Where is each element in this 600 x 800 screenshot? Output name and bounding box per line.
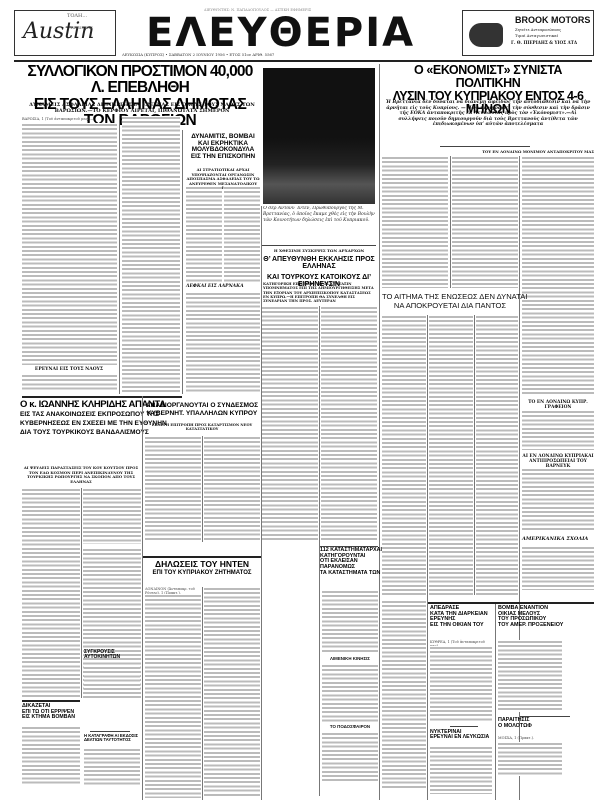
lead-dateline: ΒΑΡΩΣΙΑ, 1 (Τού ἀνταποκριτοῦ μας).—: [22, 117, 117, 121]
column-rule: [474, 315, 475, 595]
molotov-body: [498, 742, 562, 776]
eden-headline-line-2: ΕΠΙ ΤΟΥ ΚΥΠΡΙΑΚΟΥ ΖΗΤΗΜΑΤΟΣ: [144, 570, 260, 576]
newspaper-title: ΕΛΕΥΘΕΡΙΑ: [146, 12, 415, 54]
klirides-body-a: [22, 488, 80, 698]
demand-headline: ΤΟ ΑΙΤΗΜΑ ΤΗΣ ΕΝΩΣΕΩΣ ΔΕΝ ΔΥΝΑΤΑΙ ΝΑ ΑΠΟ…: [382, 292, 518, 310]
right-col-item-3: ΤΟ ΕΝ ΛΟΝΔΙΝΩ ΚΥΠΡ. ΓΡΑΦΕΙΟΝ: [522, 400, 594, 410]
austin-ad-line: ...REGISTRY: [67, 25, 92, 30]
column-rule: [81, 488, 82, 698]
side-short-heading: ΕΡΕΥΝΑΙ ΕΙΣ ΤΟΥΣ ΝΑΟΥΣ: [24, 367, 114, 372]
column-rule: [379, 64, 380, 800]
molotov-headline: ΠΑΡΑΙΤΗΣΙΣ Ο ΜΟΛΟΤΩΦ: [498, 718, 562, 729]
dynamite-body-a: [186, 186, 222, 282]
lead-headline-line-1: ΣΥΛΛΟΓΙΚΟΝ ΠΡΟΣΤΙΜΟΝ 40,000 Λ. ΕΠΕΒΛΗΘΗ: [20, 64, 260, 97]
economist-headline-line-1: Ο «ΕΚΟΝΟΜΙΣΤ» ΣΥΝΙΣΤΑ ΠΟΛΙΤΙΚΗΝ: [382, 64, 594, 90]
lead-subhead: ΔΥΝΑΜΕΙΣ ΑΣΦΑΛΕΙΑΣ ΔΙΕΝΗΡΓΗΣΑΝ ΕΡΕΥΝΑΣ Ε…: [24, 102, 260, 114]
section-rule: [22, 700, 80, 702]
column-rule: [427, 315, 428, 800]
collision-headline-line: ΑΥΤΟΚΙΝΗΤΩΝ: [84, 655, 140, 660]
right-col-item-1: ΑΙ ΕΝ ΛΟΝΔΙΝΩ ΚΥΠΡΙΑΚΑΙ ΑΝΤΙΠΡΟΣΩΠΕΙΑΙ Τ…: [522, 454, 594, 469]
civil-servants-subhead: ΕΚΛΕΓΗ ΕΠΙΤΡΟΠΗ ΠΡΟΣ ΚΑΤΑΡΤΙΣΜΟΝ ΝΕΟΥ ΚΑ…: [145, 423, 259, 432]
football-body: [322, 732, 378, 782]
brook-ad-line: Τιμαί Ανταγωνιστικαί: [515, 33, 558, 38]
night-search-body: [430, 746, 492, 794]
lead-body-col2: [122, 116, 180, 394]
brook-ad-line: Γ. Θ. ΠΙΕΡΙΔΗΣ & ΥΙΟΣ ΛΤΔ: [511, 40, 577, 45]
side-short-body: [22, 374, 117, 390]
dynamite-headline-line-2: ΜΟΛΥΒΔΟΚΟΝΔΥΛΑ ΕΙΣ ΤΗΝ ΕΠΙΣΚΟΠΗΝ: [186, 147, 260, 160]
right-col-body-3: [522, 410, 594, 450]
registration-headline-line: ΔΕΛΤΙΩΝ ΤΑΥΤΟΤΗΤΟΣ: [84, 738, 140, 742]
demand-headline-line-2: ΝΑ ΑΠΟΚΡΟΥΕΤΑΙ ΔΙΑ ΠΑΝΤΟΣ: [382, 301, 518, 310]
section-rule: [143, 556, 261, 558]
right-col-item-2: ΑΜΕΡΙΚΑΝΙΚΑ ΣΧΟΛΙΑ: [522, 536, 594, 542]
demand-body-c: [476, 315, 518, 595]
eden-headline-line-1: ΔΗΛΩΣΕΙΣ ΤΟΥ ΗΝΤΕΝ: [144, 560, 260, 569]
motor-icon: [469, 23, 503, 47]
section-rule: [22, 396, 182, 398]
column-rule: [202, 587, 203, 800]
civil-servants-body-b: [204, 436, 260, 542]
night-search-headline: ΝΥΚΤΕΡΙΝΑΙ ΕΡΕΥΝΑΙ ΕΝ ΛΕΥΚΩΣΙΑ: [430, 730, 494, 741]
column-rule: [495, 604, 496, 800]
arrest-headline-line: ΕΙΣ ΤΗΝ ΟΙΚΙΑΝ ΤΟΥ: [430, 623, 494, 629]
trial-body: [22, 726, 80, 784]
klirides-headline-line-1: Ο κ. ΙΩΑΝΝΗΣ ΚΛΗΡΙΔΗΣ ΑΠΑΝΤΑ: [20, 400, 138, 410]
klirides-headline-line-2: ΕΙΣ ΤΑΣ ΑΝΑΚΟΙΝΩΣΕΙΣ ΕΚΠΡΟΣΩΠΟΥ ΤΗΣ: [20, 412, 138, 419]
column-rule: [202, 436, 203, 542]
section-rule: [440, 146, 530, 147]
economist-deck: Ἡ Βρεττανία δὲν δύναται νὰ διανέμῃ ἀφειδ…: [385, 100, 591, 128]
eden-body-a: [145, 594, 201, 798]
column-rule: [119, 116, 120, 394]
appeal-body-a: [262, 306, 318, 542]
section-rule: [262, 245, 376, 246]
appeal-subhead: ΚΑΤΗΓΟΡΙΚΗ ΕΠΙΤΡΟΠΗ ΠΡΟΣ ΣΥΝΤΑΞΙΝ ΥΠΟΜΝΗ…: [263, 282, 375, 304]
shopkeepers-body: [322, 590, 378, 652]
brook-motors-brand: BROOK MOTORS: [515, 15, 590, 25]
photo-caption: Ὁ σὲρ Ἀντονυ Ἴντεν, Πρωθυπουργὸς τῆς Μ. …: [263, 206, 375, 240]
klirides-subhead: ΑΙ ΨΕΥΔΕΙΣ ΠΑΡΑΣΤΑΣΕΙΣ ΤΟΥ ΚΟΥ ΚΟΥΤΣΟΥ Π…: [22, 466, 140, 484]
appeal-body-b: [321, 306, 377, 542]
dynamite-headline-line-1: ΔΥΝΑΜΙΤΙΣ, ΒΟΜΒΑΙ ΚΑΙ ΕΚΡΗΚΤΙΚΑ: [186, 134, 260, 147]
bomb-headline-line: ΤΟΥ ΑΜΕΡ. ΠΡΟΞΕΝΕΙΟΥ: [498, 623, 594, 629]
appeal-headline-line-1: Θ’ ΑΠΕΥΘΥΝΘΗ ΕΚΚΛΗΣΙΣ ΠΡΟΣ ΕΛΛΗΝΑΣ: [262, 256, 376, 271]
economist-body-b: [452, 156, 518, 288]
column-rule: [261, 206, 262, 800]
austin-ad-line: ΤΟΛΗ...: [67, 13, 87, 19]
collision-body: [84, 666, 140, 696]
dynamite-headline: ΔΥΝΑΜΙΤΙΣ, ΒΟΜΒΑΙ ΚΑΙ ΕΚΡΗΚΤΙΚΑ ΜΟΛΥΒΔΟΚ…: [186, 134, 260, 161]
larnaca-body: [186, 292, 260, 392]
klirides-body-b: [83, 488, 141, 544]
molotov-dateline: ΜΟΣΧΑ, 1 (Πρακτ.).: [498, 736, 562, 740]
klirides-headline: Ο κ. ΙΩΑΝΝΗΣ ΚΛΗΡΙΔΗΣ ΑΠΑΝΤΑ ΕΙΣ ΤΑΣ ΑΝΑ…: [20, 400, 138, 437]
economist-body-a: [382, 156, 448, 288]
dynamite-body-b: [224, 186, 260, 282]
molotov-headline-line: Ο ΜΟΛΟΤΩΦ: [498, 724, 562, 730]
demand-body-d: [382, 600, 426, 790]
demand-headline-line-1: ΤΟ ΑΙΤΗΜΑ ΤΗΣ ΕΝΩΣΕΩΣ ΔΕΝ ΔΥΝΑΤΑΙ: [382, 292, 518, 301]
port-heading: ΛΙΜΕΝΙΚΗ ΚΙΝΗΣΙΣ: [322, 656, 378, 661]
trial-headline: ΔΙΚΑΖΕΤΑΙ ΕΠΙ ΤΩ ΟΤΙ ΕΡΡΙΨΕΝ ΕΙΣ ΚΤΗΜΑ Β…: [22, 704, 80, 721]
civil-servants-headline-line-2: ΚΥΒΕΡΝΗΤ. ΥΠΑΛΛΗΛΩΝ ΚΥΠΡΟΥ: [145, 411, 259, 418]
registration-headline: Η ΚΑΤΑΓΡΑΦΗ ΑΙ ΕΚΔΟΣΙΣ ΔΕΛΤΙΩΝ ΤΑΥΤΟΤΗΤΟ…: [84, 734, 140, 743]
civil-servants-body-a: [145, 436, 201, 542]
economist-byline: ΤΟΥ ΕΝ ΛΟΝΔΙΝΩ ΜΟΝΙΜΟΥ ΑΝΤΑΠΟΚΡΙΤΟΥ ΜΑΣ: [382, 149, 594, 154]
port-body: [322, 664, 378, 722]
registration-body: [84, 748, 140, 786]
economist-body-c: [522, 156, 594, 396]
collision-headline: ΣΥΓΚΡΟΥΣΙΣ ΑΥΤΟΚΙΝΗΤΩΝ: [84, 650, 140, 661]
night-search-headline-line: ΕΡΕΥΝΑΙ ΕΝ ΛΕΥΚΩΣΙΑ: [430, 735, 494, 740]
football-heading: ΤΟ ΠΟΔΟΣΦΑΙΡΟΝ: [322, 724, 378, 729]
section-rule: [428, 602, 594, 604]
austin-logo: Austin: [23, 19, 94, 44]
section-rule: [450, 726, 478, 727]
klirides-headline-line-4: ΔΙΑ ΤΟΥΣ ΤΟΥΡΚΙΚΟΥΣ ΒΑΝΔΑΛΙΣΜΟΥΣ: [20, 430, 138, 437]
civil-servants-headline-line-1: ΑΝΑΔΙΟΡΓΑΝΟΥΤΑΙ Ο ΣΥΝΔΕΣΜΟΣ: [145, 403, 259, 410]
eden-headline: ΔΗΛΩΣΕΙΣ ΤΟΥ ΗΝΤΕΝ ΕΠΙ ΤΟΥ ΚΥΠΡΙΑΚΟΥ ΖΗΤ…: [144, 560, 260, 576]
eden-photo: [263, 68, 375, 138]
harbor-photo: [263, 138, 375, 204]
shopkeepers-headline-line: ΤΑ ΚΑΤΑΣΤΗΜΑΤΑ ΤΩΝ: [320, 571, 378, 577]
arrest-headline: ΑΠΕΔΡΑΣΕ ΚΑΤΑ ΤΗΝ ΔΙΑΡΚΕΙΑΝ ΕΡΕΥΝΗΣ ΕΙΣ …: [430, 606, 494, 629]
bomb-headline: ΒΟΜΒΑ ΕΝΑΝΤΙΟΝ ΟΙΚΙΑΣ ΜΕΛΟΥΣ ΤΟΥ ΠΡΟΣΩΠΙ…: [498, 606, 594, 629]
lead-body-col1: [22, 123, 117, 365]
column-rule: [182, 130, 183, 394]
shopkeepers-headline: 112 ΚΑΤΑΣΤΗΜΑΤΑΡΧΑΙ ΚΑΤΗΓΟΡΟΥΝΤΑΙ ΟΤΙ ΕΚ…: [320, 548, 378, 576]
section-rule: [90, 731, 130, 732]
brook-ad-line: Ζητείτε Αντιπροσώπους: [515, 27, 561, 32]
column-rule: [142, 396, 143, 800]
civil-servants-headline: ΑΝΑΔΙΟΡΓΑΝΟΥΤΑΙ Ο ΣΥΝΔΕΣΜΟΣ ΚΥΒΕΡΝΗΤ. ΥΠ…: [145, 403, 259, 418]
arrest-body: [430, 646, 492, 722]
right-col-body-1: [522, 468, 594, 532]
right-col-body-2: [522, 546, 594, 590]
austin-ad: Austin ΤΟΛΗ... ...REGISTRY: [14, 10, 116, 56]
bomb-body: [498, 640, 562, 712]
appeal-section-tag: Η ΧΘΕΣΙΝΗ ΣΥΣΚΕΨΙΣ ΤΩΝ ΑΡΧΑΡΧΩΝ: [263, 248, 375, 253]
column-rule: [450, 156, 451, 288]
eden-body-b: [204, 587, 260, 798]
larnaca-heading: ΛΕΦΚΑΙ ΕΙΣ ΛΑΡΝΑΚΑ: [186, 284, 246, 289]
dateline: ΛΕΥΚΩΣΙΑ (ΚΥΠΡΟΣ) • ΣΑΒΒΑΤΟΝ 2 ΙΟΥΝΙΟΥ 1…: [122, 52, 422, 57]
brook-motors-ad: BROOK MOTORS Ζητείτε Αντιπροσώπους Τιμαί…: [462, 10, 594, 56]
masthead-rule: [14, 60, 592, 62]
demand-body-a: [382, 315, 426, 595]
masthead: Austin ΤΟΛΗ... ...REGISTRY ΔΙΕΥΘΥΝΤΗΣ: Ν…: [14, 8, 592, 58]
klirides-headline-line-3: ΚΥΒΕΡΝΗΣΕΩΣ ΕΝ ΣΧΕΣΕΙ ΜΕ ΤΗΝ ΕΥΘΥΝΗΝ: [20, 421, 138, 428]
trial-headline-line: ΕΙΣ ΚΤΗΜΑ ΒΟΜΒΑΝ: [22, 715, 80, 720]
demand-body-b: [429, 315, 473, 595]
